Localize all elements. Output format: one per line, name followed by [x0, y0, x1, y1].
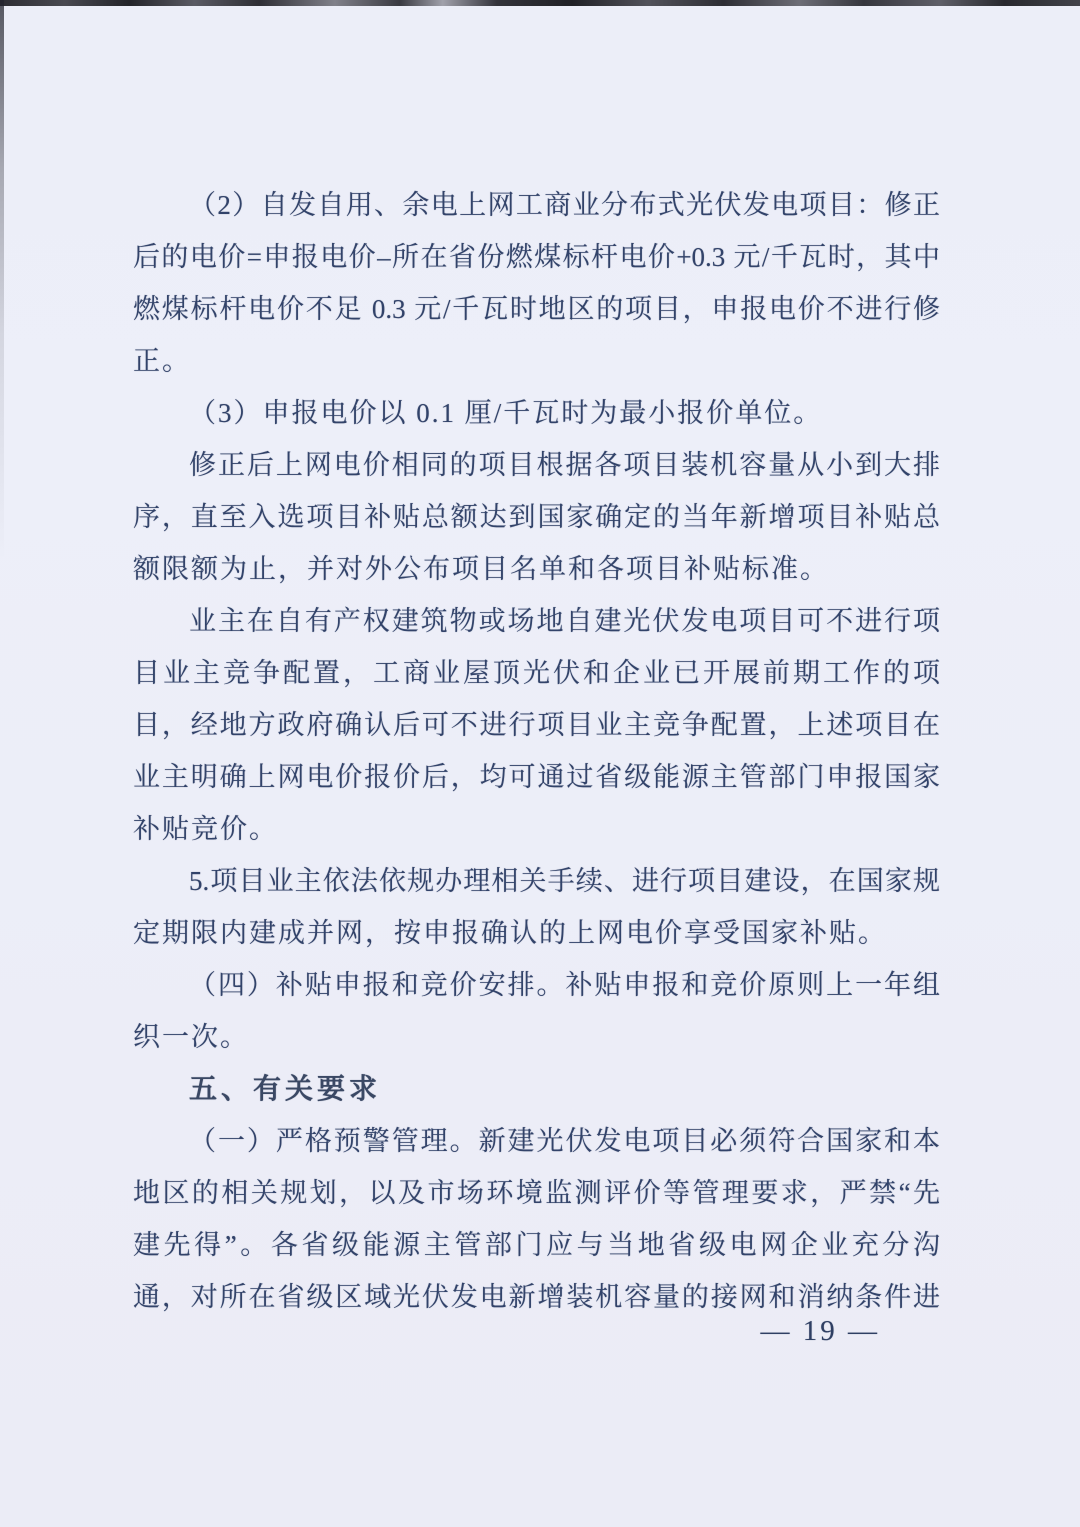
text-line: （2）自发自用、余电上网工商业分布式光伏发电项目：修正 — [133, 179, 940, 231]
text-line: 序，直至入选项目补贴总额达到国家确定的当年新增项目补贴总 — [133, 491, 940, 543]
text-line: 修正后上网电价相同的项目根据各项目装机容量从小到大排 — [133, 439, 940, 491]
page-number: — 19 — — [761, 1310, 881, 1352]
text-line: 定期限内建成并网，按申报确认的上网电价享受国家补贴。 — [133, 907, 940, 959]
section-heading: 五、有关要求 — [133, 1063, 940, 1115]
text-line: （3）申报电价以 0.1 厘/千瓦时为最小报价单位。 — [133, 387, 940, 439]
text-line: （一）严格预警管理。新建光伏发电项目必须符合国家和本 — [133, 1115, 940, 1167]
text-line: （四）补贴申报和竞价安排。补贴申报和竞价原则上一年组 — [133, 959, 940, 1011]
text-line: 正。 — [133, 335, 940, 387]
text-line: 业主在自有产权建筑物或场地自建光伏发电项目可不进行项 — [133, 595, 940, 647]
text-line: 建先得”。各省级能源主管部门应与当地省级电网企业充分沟 — [133, 1219, 940, 1271]
document-body: （2）自发自用、余电上网工商业分布式光伏发电项目：修正后的电价=申报电价–所在省… — [133, 179, 940, 1323]
text-line: 业主明确上网电价报价后，均可通过省级能源主管部门申报国家 — [133, 751, 940, 803]
text-line: 织一次。 — [133, 1011, 940, 1063]
text-line: 额限额为止，并对外公布项目名单和各项目补贴标准。 — [133, 543, 940, 595]
scan-artifact-top-edge — [0, 0, 1080, 6]
text-line: 燃煤标杆电价不足 0.3 元/千瓦时地区的项目，申报电价不进行修 — [133, 283, 940, 335]
text-line: 后的电价=申报电价–所在省份燃煤标杆电价+0.3 元/千瓦时，其中 — [133, 231, 940, 283]
scan-artifact-left-edge — [0, 0, 4, 560]
text-line: 目，经地方政府确认后可不进行项目业主竞争配置，上述项目在 — [133, 699, 940, 751]
text-line: 5.项目业主依法依规办理相关手续、进行项目建设，在国家规 — [133, 855, 940, 907]
text-line: 目业主竞争配置，工商业屋顶光伏和企业已开展前期工作的项 — [133, 647, 940, 699]
text-line: 地区的相关规划，以及市场环境监测评价等管理要求，严禁“先 — [133, 1167, 940, 1219]
text-line: 补贴竞价。 — [133, 803, 940, 855]
